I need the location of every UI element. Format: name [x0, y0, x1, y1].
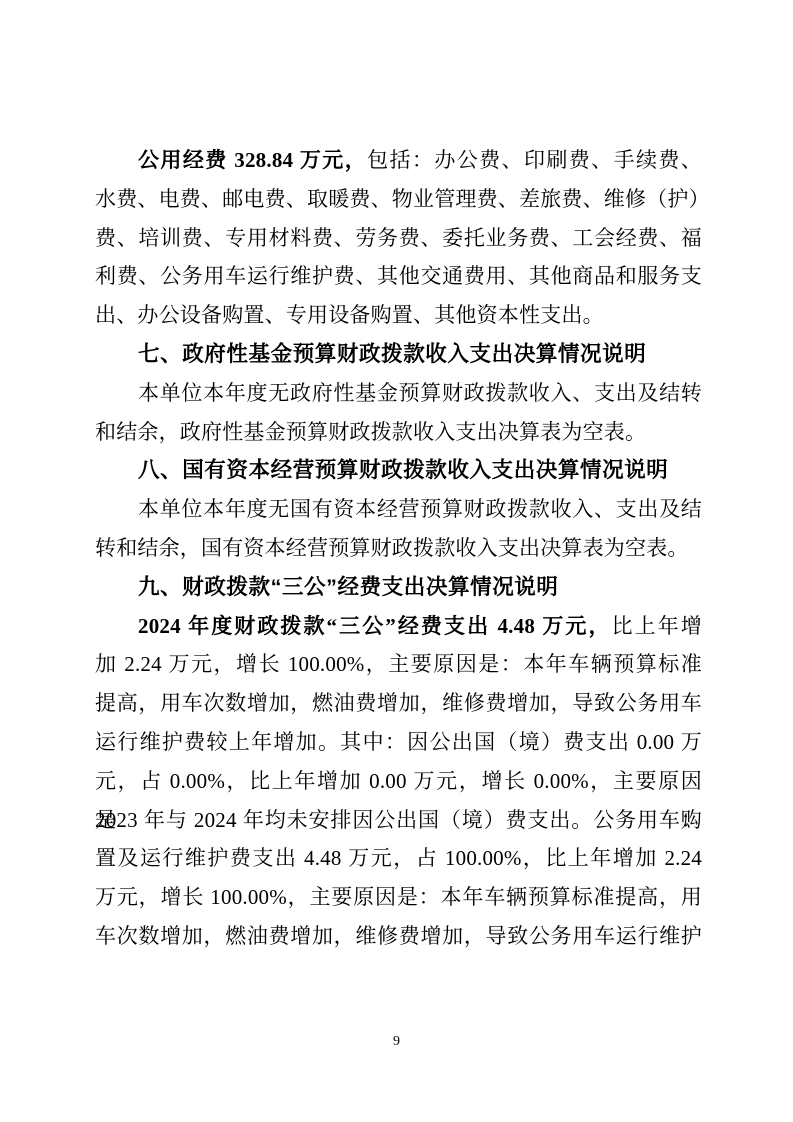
- body-text-line: 和结余，政府性基金预算财政拨款收入支出决算表为空表。: [95, 413, 702, 452]
- body-text-line: 2024 年度财政拨款“三公”经费支出 4.48 万元，比上年增: [95, 607, 702, 646]
- text-run: 加 2.24 万元，增长 100.00%，主要原因是：本年车辆预算标准: [95, 652, 702, 676]
- body-text-line: 出、办公设备购置、专用设备购置、其他资本性支出。: [95, 296, 702, 335]
- text-run: 万元，增长 100.00%，主要原因是：本年车辆预算标准提高，用: [95, 885, 702, 909]
- body-text-line: 车次数增加，燃油费增加，维修费增加，导致公务用车运行维护: [95, 917, 702, 956]
- text-run: 车次数增加，燃油费增加，维修费增加，导致公务用车运行维护: [95, 924, 702, 948]
- body-text-line: 万元，增长 100.00%，主要原因是：本年车辆预算标准提高，用: [95, 878, 702, 917]
- page-number: 9: [0, 1034, 793, 1050]
- text-run: 水费、电费、邮电费、取暖费、物业管理费、差旅费、维修（护）: [95, 187, 710, 211]
- body-text-line: 费、培训费、专用材料费、劳务费、委托业务费、工会经费、福: [95, 219, 702, 258]
- text-run: 运行维护费较上年增加。其中：因公出国（境）费支出 0.00 万: [95, 730, 702, 754]
- text-run: 八、国有资本经营预算财政拨款收入支出决算情况说明: [138, 458, 668, 482]
- body-text-line: 本单位本年度无政府性基金预算财政拨款收入、支出及结转: [95, 374, 702, 413]
- document-text-block: 公用经费 328.84 万元，包括：办公费、印刷费、手续费、水费、电费、邮电费、…: [95, 141, 702, 956]
- text-run: 2024 年度财政拨款“三公”经费支出 4.48 万元，: [138, 614, 612, 638]
- text-run: 比上年增: [612, 614, 702, 638]
- section-heading: 九、财政拨款“三公”经费支出决算情况说明: [95, 568, 702, 607]
- body-text-line: 提高，用车次数增加，燃油费增加，维修费增加，导致公务用车: [95, 684, 702, 723]
- body-text-line: 2023 年与 2024 年均未安排因公出国（境）费支出。公务用车购: [95, 801, 702, 840]
- body-text-line: 元，占 0.00%，比上年增加 0.00 万元，增长 0.00%，主要原因是：: [95, 762, 702, 801]
- body-text-line: 运行维护费较上年增加。其中：因公出国（境）费支出 0.00 万: [95, 723, 702, 762]
- body-text-line: 水费、电费、邮电费、取暖费、物业管理费、差旅费、维修（护）: [95, 180, 702, 219]
- text-run: 本单位本年度无国有资本经营预算财政拨款收入、支出及结: [138, 497, 702, 521]
- text-run: 置及运行维护费支出 4.48 万元，占 100.00%，比上年增加 2.24: [95, 846, 702, 870]
- body-text-line: 本单位本年度无国有资本经营预算财政拨款收入、支出及结: [95, 490, 702, 529]
- text-run: 2023 年与 2024 年均未安排因公出国（境）费支出。公务用车购: [95, 808, 702, 832]
- text-run: 出、办公设备购置、专用设备购置、其他资本性支出。: [95, 303, 604, 327]
- text-run: 本单位本年度无政府性基金预算财政拨款收入、支出及结转: [138, 381, 702, 405]
- text-run: 费、培训费、专用材料费、劳务费、委托业务费、工会经费、福: [95, 226, 702, 250]
- text-run: 包括：办公费、印刷费、手续费、: [367, 148, 702, 172]
- text-run: 七、政府性基金预算财政拨款收入支出决算情况说明: [138, 342, 646, 366]
- section-heading: 八、国有资本经营预算财政拨款收入支出决算情况说明: [95, 451, 702, 490]
- body-text-line: 置及运行维护费支出 4.48 万元，占 100.00%，比上年增加 2.24: [95, 839, 702, 878]
- text-run: 提高，用车次数增加，燃油费增加，维修费增加，导致公务用车: [95, 691, 702, 715]
- section-heading: 七、政府性基金预算财政拨款收入支出决算情况说明: [95, 335, 702, 374]
- body-text-line: 加 2.24 万元，增长 100.00%，主要原因是：本年车辆预算标准: [95, 645, 702, 684]
- text-run: 和结余，政府性基金预算财政拨款收入支出决算表为空表。: [95, 420, 646, 444]
- text-run: 公用经费 328.84 万元，: [138, 148, 367, 172]
- text-run: 转和结余，国有资本经营预算财政拨款收入支出决算表为空表。: [95, 536, 689, 560]
- body-text-line: 转和结余，国有资本经营预算财政拨款收入支出决算表为空表。: [95, 529, 702, 568]
- text-run: 九、财政拨款“三公”经费支出决算情况说明: [138, 575, 559, 599]
- document-page: 公用经费 328.84 万元，包括：办公费、印刷费、手续费、水费、电费、邮电费、…: [0, 0, 793, 1122]
- text-run: 利费、公务用车运行维护费、其他交通费用、其他商品和服务支: [95, 264, 702, 288]
- body-text-line: 公用经费 328.84 万元，包括：办公费、印刷费、手续费、: [95, 141, 702, 180]
- body-text-line: 利费、公务用车运行维护费、其他交通费用、其他商品和服务支: [95, 257, 702, 296]
